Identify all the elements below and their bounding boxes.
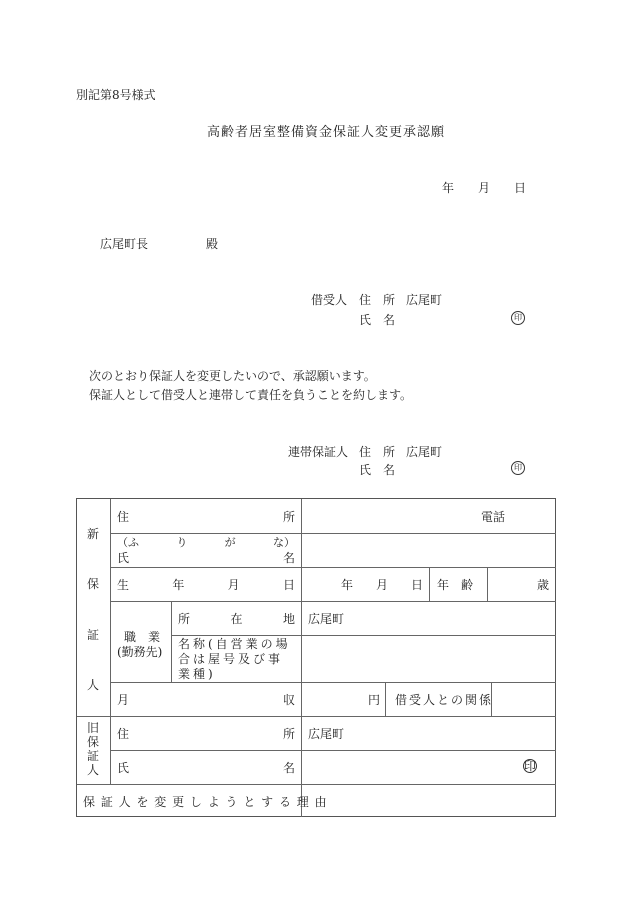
name-label: 氏名 <box>117 549 295 566</box>
location-label: 所在地 <box>178 610 295 627</box>
seal-icon: 印 <box>523 759 537 773</box>
date-day: 日 <box>514 179 526 196</box>
old-address-label: 住所 <box>117 725 295 742</box>
new-name-input[interactable] <box>303 534 555 566</box>
reason-label: 保 証 人 を 変 更 し よ う と す る 理 由 <box>83 793 328 810</box>
age-label: 年 齢 <box>437 576 473 593</box>
guarantor-address-value: 広尾町 <box>406 443 442 460</box>
birth-year: 年 <box>341 576 353 593</box>
seal-icon: 印 <box>511 461 525 475</box>
guarantor-address-label: 住 所 <box>359 443 395 460</box>
seal-icon: 印 <box>511 311 525 325</box>
income-unit: 円 <box>368 691 380 708</box>
old-address-value: 広尾町 <box>308 725 344 742</box>
guarantor-table: 新 保 証 人 住所 電話 （ふりがな） 氏名 生年月日 年 月 日 年 齢 歳… <box>76 498 556 817</box>
date-month: 月 <box>478 179 490 196</box>
relation-label: 借受人との関係 <box>395 691 493 708</box>
birth-month: 月 <box>376 576 388 593</box>
birth-label: 生年月日 <box>117 576 295 593</box>
borrower-address-label: 住 所 <box>359 291 395 308</box>
income-label: 月収 <box>117 691 295 708</box>
label-old: 旧保証人 <box>87 721 99 777</box>
form-number: 別記第8号様式 <box>76 86 156 103</box>
reason-input[interactable] <box>303 786 555 816</box>
label-new: 証 <box>87 626 99 643</box>
guarantor-name-label: 氏 名 <box>359 461 395 478</box>
body-line-2: 保証人として借受人と連帯して責任を負うことを約します。 <box>89 386 412 403</box>
guarantor-role: 連帯保証人 <box>288 443 348 460</box>
birth-day: 日 <box>411 576 423 593</box>
old-name-label: 氏名 <box>117 759 295 776</box>
business-name-label: 名称(自営業の場合は屋号及び事業種) <box>178 637 296 682</box>
body-line-1: 次のとおり保証人を変更したいので、承認願います。 <box>89 367 376 384</box>
label-new: 人 <box>87 676 99 693</box>
borrower-address-value: 広尾町 <box>406 291 442 308</box>
addressee: 広尾町長 <box>100 235 148 252</box>
label-new: 新 <box>87 525 99 542</box>
employer-label: (勤務先) <box>117 643 162 660</box>
new-address-input[interactable] <box>303 500 555 532</box>
address-label: 住所 <box>117 508 295 525</box>
label-new: 保 <box>87 575 99 592</box>
date-year: 年 <box>442 179 454 196</box>
location-value: 広尾町 <box>308 610 344 627</box>
page-title: 高齢者居室整備資金保証人変更承認願 <box>207 121 445 140</box>
borrower-name-label: 氏 名 <box>359 311 395 328</box>
borrower-role: 借受人 <box>311 291 347 308</box>
honorific: 殿 <box>206 235 218 252</box>
furigana-label: （ふりがな） <box>117 534 295 550</box>
age-unit: 歳 <box>537 576 549 593</box>
